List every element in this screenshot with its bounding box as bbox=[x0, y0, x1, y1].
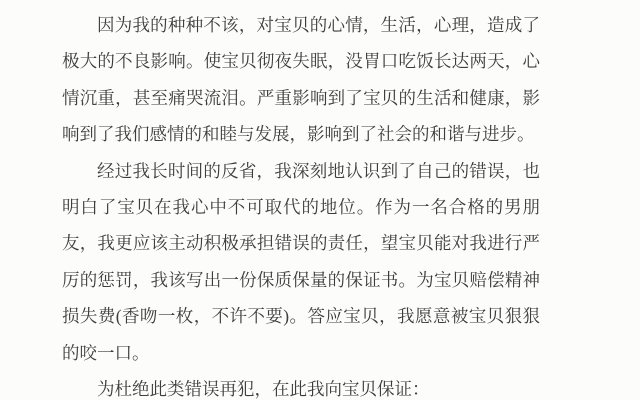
paragraph-1: 因为我的种种不该，对宝贝的心情，生活，心理，造成了极大的不良影响。使宝贝彻夜失眠… bbox=[62, 7, 540, 153]
paragraph-2: 经过我长时间的反省，我深刻地认识到了自己的错误，也明白了宝贝在我心中不可取代的地… bbox=[62, 153, 540, 371]
letter-body: 因为我的种种不该，对宝贝的心情，生活，心理，造成了极大的不良影响。使宝贝彻夜失眠… bbox=[62, 7, 540, 400]
document-page: 因为我的种种不该，对宝贝的心情，生活，心理，造成了极大的不良影响。使宝贝彻夜失眠… bbox=[0, 0, 640, 400]
paragraph-3: 为杜绝此类错误再犯，在此我向宝贝保证： bbox=[62, 371, 540, 400]
